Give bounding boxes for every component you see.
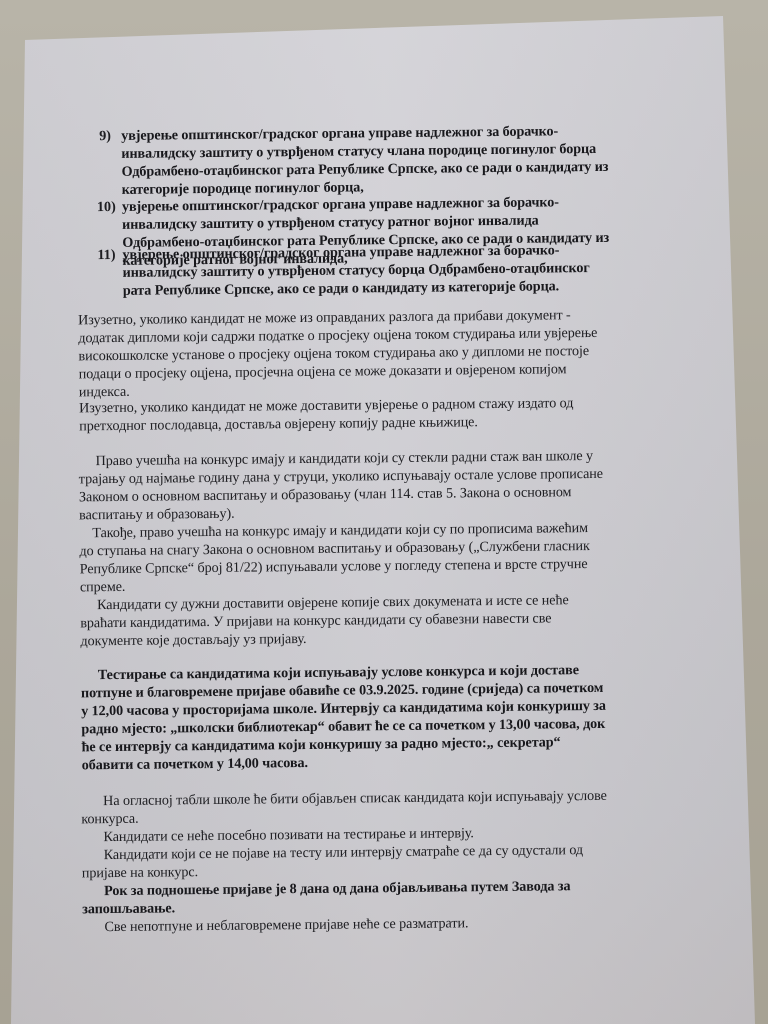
paragraph-line: На огласној табли школе ће бити објављен… bbox=[103, 788, 607, 810]
paragraph-line: документе које достављају уз пријаву. bbox=[80, 631, 306, 650]
list-line: рата Републике Српске, ако се ради о кан… bbox=[123, 278, 559, 300]
paragraph-line: враћати кандидатима. У пријави на конкур… bbox=[80, 610, 551, 632]
deadline-line: запошљавање. bbox=[82, 900, 175, 918]
paragraph-line: ће се интервју са кандидатима који конку… bbox=[81, 734, 560, 756]
list-line: увјерење општинског/градског органа упра… bbox=[121, 122, 691, 145]
list-number: 9) bbox=[99, 128, 111, 145]
list-number: 10) bbox=[97, 199, 116, 216]
paragraph-line: конкурса. bbox=[81, 811, 138, 829]
deadline-line: Рок за подношење пријаве је 8 дана од да… bbox=[104, 878, 571, 900]
paragraph-line: индекса. bbox=[79, 384, 130, 402]
paragraph-line: Кандидати који се не појаве на тесту или… bbox=[104, 842, 583, 864]
list-number: 11) bbox=[97, 247, 115, 264]
paragraph-line: васпитању и образовању). bbox=[79, 506, 235, 525]
paragraph-line: претходног послодавца, доставља овјерену… bbox=[79, 414, 478, 435]
paragraph-line: Све непотпуне и неблаговремене пријаве н… bbox=[104, 915, 468, 936]
paragraph-line: обавити са почетком у 14,00 часова. bbox=[82, 755, 308, 774]
paragraph-line: спреме. bbox=[80, 579, 126, 596]
paragraph-line: Изузетно, уколико кандидат не може доста… bbox=[79, 395, 573, 417]
paragraph-line: пријаве на конкурс. bbox=[82, 864, 198, 882]
document-text: 9) увјерење општинског/градског органа у… bbox=[0, 0, 768, 1024]
